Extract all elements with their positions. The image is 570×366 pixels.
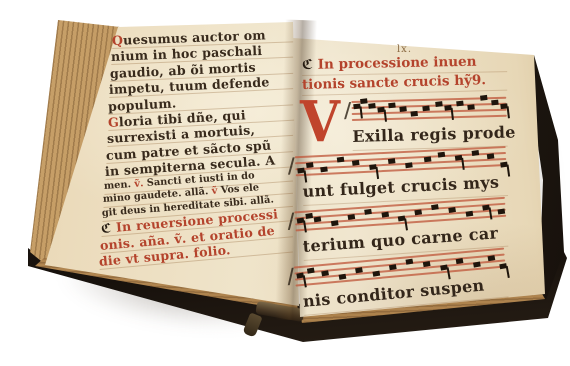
neume xyxy=(378,107,386,113)
neume xyxy=(364,208,372,214)
neume xyxy=(465,211,473,217)
neume xyxy=(405,258,413,264)
text-segment: ℭ xyxy=(302,57,318,73)
neume xyxy=(438,151,446,157)
neume xyxy=(297,167,305,173)
neume xyxy=(368,103,376,109)
neume xyxy=(499,264,507,270)
neume xyxy=(369,164,377,170)
text-segment: Vos ele xyxy=(220,183,259,197)
text-segment: ṽ. xyxy=(134,178,147,190)
neume xyxy=(296,273,304,279)
music-staff xyxy=(351,95,507,123)
text-segment: G xyxy=(107,114,119,130)
text-segment: ℭ xyxy=(101,220,117,236)
neume xyxy=(480,95,488,101)
text-segment: In processione inuen xyxy=(318,54,477,73)
neume xyxy=(500,162,508,168)
neume xyxy=(307,267,315,273)
neume xyxy=(472,150,480,156)
neume xyxy=(398,215,406,221)
neume xyxy=(372,270,380,276)
text-segment: Q xyxy=(112,33,124,48)
neume xyxy=(360,98,368,104)
neume xyxy=(491,99,499,105)
neume xyxy=(305,213,313,219)
initial-letter: V xyxy=(300,93,340,151)
neume xyxy=(297,218,305,224)
neume xyxy=(440,264,448,270)
neume xyxy=(482,205,490,211)
right-page-content: lx. ℭ In processione inuentionis sancte … xyxy=(302,43,507,316)
neume xyxy=(500,104,508,110)
neume xyxy=(331,220,339,226)
neume xyxy=(444,105,452,111)
text-segment: men. xyxy=(103,179,134,192)
manuscript-photo: Quesumus auctor omnium in hoc paschaliga… xyxy=(0,0,570,366)
neume xyxy=(399,106,407,112)
neume xyxy=(497,208,505,214)
neume xyxy=(337,156,345,162)
neume xyxy=(431,204,439,210)
neume xyxy=(473,261,481,267)
neume xyxy=(353,103,361,109)
neume xyxy=(339,273,347,279)
music-system: Exilla regis prode xyxy=(351,95,507,151)
neume xyxy=(410,111,418,117)
left-page-text: Quesumus auctor omnium in hoc paschaliga… xyxy=(112,33,293,271)
neume xyxy=(321,166,329,172)
neume xyxy=(405,162,413,168)
neume xyxy=(457,100,465,106)
neume xyxy=(455,155,463,161)
neume xyxy=(388,102,396,108)
neume xyxy=(435,101,443,107)
